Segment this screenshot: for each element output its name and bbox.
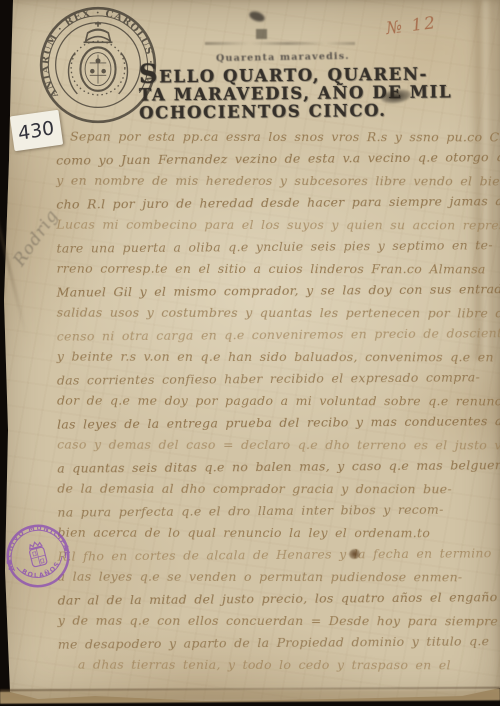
manuscript-line: Manuel Gil y el mismo comprador, y se la… <box>57 278 483 303</box>
overprint-small-line: Quarenta maravedis. <box>216 51 350 64</box>
manuscript-line: y beinte r.s v.on en q.e han sido baluad… <box>57 346 483 369</box>
manuscript-line: Lucas mi combecino para el los suyos y q… <box>56 214 482 237</box>
manuscript-line: rreno corresp.te en el sitio a cuios lin… <box>57 258 483 281</box>
scanned-document-page: HISPANIARUM · REX · CAROLUS · IV · D · G… <box>0 0 500 706</box>
seal-crown-icon <box>84 22 113 43</box>
manuscript-line: R.l fho en cortes de alcala de Henares y… <box>57 542 483 567</box>
manuscript-line: das corrientes confieso haber recibido e… <box>57 366 483 391</box>
manuscript-line: dar al de la mitad del justo precio, los… <box>58 586 484 611</box>
manuscript-line: caso y demas del caso = declaro q.e dho … <box>57 434 483 457</box>
stamp-shield-icon <box>27 541 47 568</box>
manuscript-line: y en nombre de mis herederos y subcesore… <box>56 170 482 193</box>
manuscript-line: bien acerca de lo qual renuncio la ley e… <box>57 522 483 545</box>
manuscript-line: Sepan por esta pp.ca essra los snos vros… <box>56 126 482 149</box>
ink-smudge <box>256 29 267 39</box>
manuscript-line: las leyes de la entrega prueba del recib… <box>57 410 483 435</box>
manuscript-body: Sepan por esta pp.ca essra los snos vros… <box>56 125 484 676</box>
manuscript-line: salidas usos y costumbres y quantas les … <box>57 302 483 325</box>
manuscript-line: y de mas q.e con ellos concuerdan = Desd… <box>58 610 484 633</box>
ink-blot <box>349 549 360 559</box>
bottom-fold-shadow <box>0 690 500 700</box>
seal-shield-icon <box>80 47 115 90</box>
tax-stamp-line-3: OCHOCIENTOS CINCO. <box>139 101 452 122</box>
manuscript-line: dor de q.e me doy por pagado a mi volunt… <box>57 390 483 413</box>
manuscript-line: me desapodero y aparto de la Propiedad d… <box>58 630 484 655</box>
manuscript-line: a quantas seis ditas q.e no balen mas, y… <box>57 454 483 479</box>
manuscript-line: na pura perfecta q.e el dro llama inter … <box>57 498 483 523</box>
archive-number: 430 <box>17 116 55 144</box>
manuscript-line: como yo Juan Fernandez vezino de esta v.… <box>56 146 482 171</box>
manuscript-line: de la demasia al dho comprador gracia y … <box>57 478 483 501</box>
manuscript-line: cho R.l por juro de heredad desde hacer … <box>56 190 482 215</box>
manuscript-line: censo ni otra carga en q.e conveniremos … <box>57 322 483 347</box>
manuscript-line: tare una puerta a oliba q.e yncluie seis… <box>56 234 482 259</box>
manuscript-line: a dhas tierras tenia, y todo lo cedo y t… <box>58 654 484 677</box>
manuscript-line: a las leyes q.e se venden o permutan pud… <box>58 566 484 589</box>
ink-smudge <box>205 42 355 45</box>
